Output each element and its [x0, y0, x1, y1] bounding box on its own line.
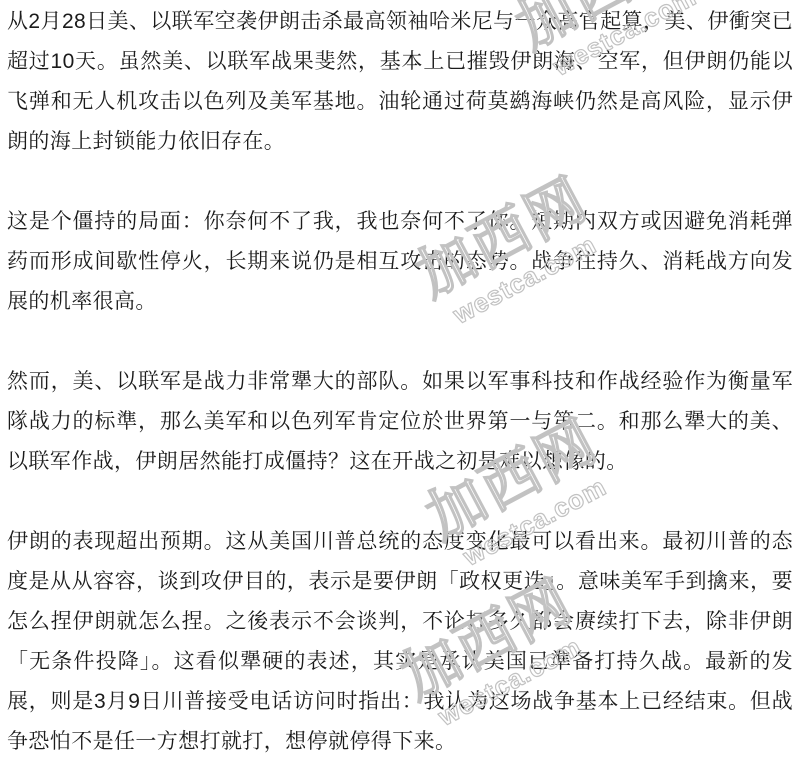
article-body: 从2月28日美、以联军空袭伊朗击杀最高领袖哈米尼与一众高官起算，美、伊衝突已超过… — [0, 0, 800, 762]
paragraph: 然而，美、以联军是战力非常犟大的部队。如果以军事科技和作战经验作为衡量军隊战力的… — [7, 362, 793, 482]
article-page: 从2月28日美、以联军空袭伊朗击杀最高领袖哈米尼与一众高官起算，美、伊衝突已超过… — [0, 0, 800, 776]
paragraph: 从2月28日美、以联军空袭伊朗击杀最高领袖哈米尼与一众高官起算，美、伊衝突已超过… — [7, 2, 793, 162]
paragraph: 这是个僵持的局面：你奈何不了我，我也奈何不了你。短期内双方或因避免消耗弹药而形成… — [7, 202, 793, 322]
paragraph: 伊朗的表现超出预期。这从美国川普总统的态度变化最可以看出来。最初川普的态度是从从… — [7, 522, 793, 762]
